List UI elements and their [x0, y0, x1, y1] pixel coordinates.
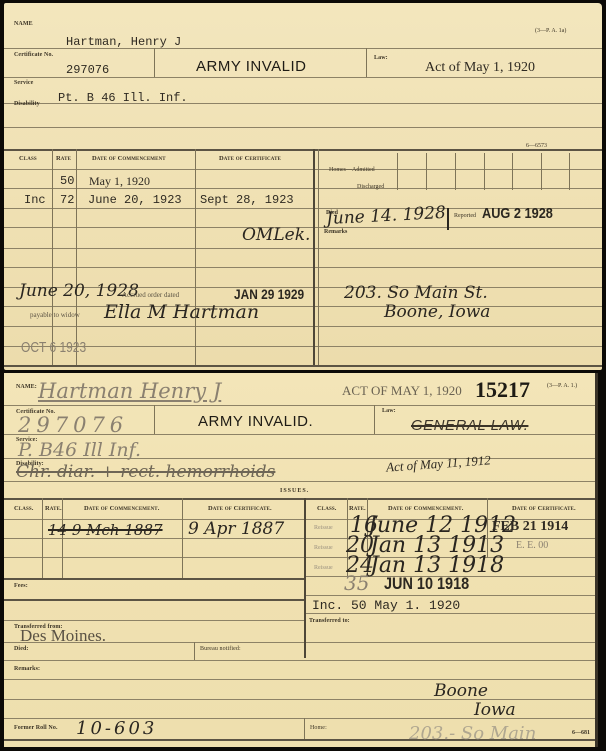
- law-label: Law:: [382, 408, 396, 414]
- rule: [4, 405, 598, 406]
- law-value: Act of May 1, 1920: [425, 60, 535, 76]
- pension-card-top: NAME (3—P. A. 1a) Hartman, Henry J Certi…: [4, 3, 602, 370]
- remarks-label: Remarks: [324, 229, 347, 235]
- certificate-date-cell: 9 Apr 1887: [188, 519, 284, 539]
- rate-cell: 35: [344, 571, 369, 595]
- transferred-to-label: Transferred to:: [309, 618, 350, 624]
- disability-label: Disability: [14, 101, 40, 107]
- accrued-handwritten-date: June 20, 1928: [19, 281, 139, 301]
- divider: [182, 498, 183, 578]
- rate-header: Rate.: [349, 505, 366, 512]
- commencement-header: Date of Commencement.: [388, 505, 463, 512]
- form-code: (3—P. A. 1.): [547, 383, 577, 389]
- divider: [52, 149, 53, 365]
- discharged-label: Discharged: [357, 184, 384, 190]
- divider: [304, 718, 305, 739]
- payable-to-widow-label: payable to widow: [30, 311, 80, 319]
- rate-cell: 50: [60, 174, 74, 188]
- remarks-initials: OMLek.: [242, 225, 310, 245]
- died-value: June 14. 1928: [326, 203, 447, 229]
- commencement-cell: June 20, 1923: [88, 193, 182, 207]
- divider: [397, 153, 398, 190]
- rule: [4, 127, 602, 128]
- rate-header: Rate: [56, 155, 71, 162]
- name-value: Hartman, Henry J: [66, 35, 181, 49]
- certificate-date-cell: Sept 28, 1923: [200, 193, 294, 207]
- name-value: Hartman Henry J: [38, 379, 221, 403]
- service-label: Service: [14, 80, 33, 86]
- pension-card-bottom: NAME: Hartman Henry J ACT OF MAY 1, 1920…: [4, 373, 598, 747]
- divider: [195, 149, 196, 365]
- died-label: Died:: [14, 646, 29, 652]
- class-cell: Reissue: [314, 525, 333, 531]
- divider: [313, 149, 315, 365]
- rule: [4, 77, 602, 78]
- transferred-from-value: Des Moines.: [20, 626, 106, 646]
- certificate-date-header: Date of Certificate.: [512, 505, 576, 512]
- rule: [304, 595, 598, 596]
- reported-stamp: AUG 2 1928: [482, 205, 553, 222]
- divider: [374, 405, 375, 434]
- homes-admitted-label: Homes—Admitted: [329, 167, 375, 173]
- law-label: Law:: [374, 55, 388, 61]
- law-struck: GENERAL LAW.: [411, 417, 528, 434]
- commencement-stamp: JUN 10 1918: [384, 574, 469, 594]
- remarks-line1: Boone: [434, 681, 488, 701]
- divider: [366, 48, 367, 77]
- former-roll-no-label: Former Roll No.: [14, 725, 58, 731]
- rule: [4, 248, 602, 249]
- accrued-order-label: Accrued order dated: [122, 291, 179, 299]
- act-header: ACT OF MAY 1, 1920: [342, 383, 462, 399]
- law-new: Act of May 11, 1912: [386, 452, 492, 475]
- address-line1: 203. So Main St.: [344, 283, 488, 303]
- rule: [4, 620, 304, 621]
- commencement-header: Date of Commencement.: [84, 505, 159, 512]
- form-number: 6—681: [572, 730, 590, 736]
- certificate-date-cell: E. E. 00: [516, 540, 548, 551]
- disability-value: Chr. diar. + rect. hemorrhoids: [16, 462, 275, 482]
- divider: [194, 642, 195, 660]
- rule: [4, 149, 602, 151]
- rule: [4, 557, 598, 558]
- rule: [4, 599, 304, 601]
- divider: [447, 208, 449, 230]
- commencement-cell: 14 9 Mch 1887: [48, 521, 163, 539]
- divider: [76, 149, 77, 365]
- rule: [4, 306, 602, 307]
- divider: [318, 149, 319, 365]
- divider: [541, 153, 542, 190]
- form-number: 6—6573: [526, 143, 547, 149]
- remarks-label: Remarks:: [14, 666, 40, 672]
- service-value: Pt. B 46 Ill. Inf.: [58, 91, 188, 105]
- class-cell: Inc: [24, 193, 46, 207]
- certificate-no-value: 297076: [18, 413, 128, 437]
- divider: [426, 153, 427, 190]
- issues-heading: ISSUES.: [280, 488, 309, 494]
- increase-line: Inc. 50 May 1. 1920: [312, 598, 460, 613]
- service-value: P. B46 Ill Inf.: [18, 439, 141, 461]
- rule: [4, 346, 602, 347]
- class-cell: Reissue: [314, 545, 333, 551]
- name-label: NAME:: [16, 384, 37, 390]
- former-roll-no-value: 10-603: [76, 718, 157, 739]
- accrued-order-stamp: JAN 29 1929: [234, 286, 304, 302]
- divider: [154, 48, 155, 77]
- reported-label: Reported: [454, 213, 476, 219]
- divider: [42, 498, 43, 578]
- rule: [4, 498, 598, 500]
- class-header: Class: [19, 155, 37, 162]
- divider: [512, 153, 513, 190]
- address-line2: Boone, Iowa: [384, 302, 490, 322]
- divider: [569, 153, 570, 190]
- divider: [154, 405, 155, 434]
- rule: [4, 365, 602, 367]
- class-header: Class.: [317, 505, 336, 512]
- commencement-cell: May 1, 1920: [89, 174, 150, 189]
- rule: [304, 613, 598, 614]
- certificate-no-value: 297076: [66, 63, 109, 77]
- widow-name: Ella M Hartman: [104, 301, 259, 323]
- divider: [304, 498, 306, 658]
- rate-header: Rate.: [45, 505, 62, 512]
- card-title: ARMY INVALID.: [198, 413, 313, 430]
- home-label: Home:: [310, 725, 327, 731]
- rule: [4, 679, 598, 680]
- class-header: Class.: [14, 505, 33, 512]
- rule: [4, 326, 602, 327]
- card-number: 15217: [475, 377, 530, 403]
- class-cell: Reissue: [314, 565, 333, 571]
- certificate-date-header: Date of Certificate.: [208, 505, 272, 512]
- date-stamp-bottom: OCT 6 1923: [21, 339, 86, 356]
- card-title: ARMY INVALID: [196, 58, 306, 75]
- remarks-line2: Iowa: [474, 700, 516, 720]
- commencement-header: Date of Commencement: [92, 155, 166, 162]
- name-label: NAME: [14, 21, 33, 27]
- certificate-date-header: Date of Certificate: [219, 155, 281, 162]
- divider: [455, 153, 456, 190]
- rule: [4, 267, 602, 268]
- certificate-no-label: Certificate No.: [14, 52, 53, 58]
- home-value: 203.- So Main: [409, 723, 536, 744]
- rule: [4, 578, 304, 580]
- bureau-notified-label: Bureau notified:: [200, 646, 241, 652]
- rate-cell: 72: [60, 193, 74, 207]
- rule: [4, 660, 598, 661]
- divider: [484, 153, 485, 190]
- fees-label: Fees:: [14, 583, 28, 589]
- form-code: (3—P. A. 1a): [535, 28, 566, 34]
